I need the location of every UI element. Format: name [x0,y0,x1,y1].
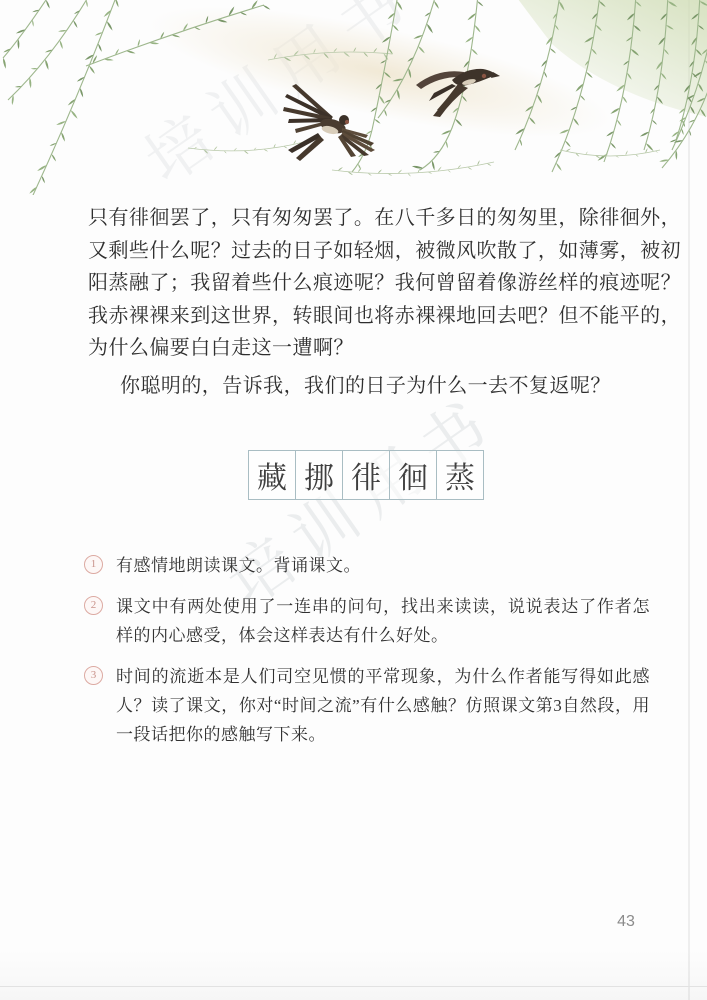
vocab-character: 挪 [304,453,334,497]
page-bottom-shade [0,950,707,1000]
exercise-item: 1 有感情地朗读课文。背诵课文。 [84,551,650,580]
vocab-character: 藏 [257,453,287,497]
vocab-character: 蒸 [445,453,475,497]
exercise-item: 3 时间的流逝本是人们司空见惯的平常现象，为什么作者能写得如此感人？读了课文，你… [84,662,650,749]
exercise-text: 课文中有两处使用了一连串的问句，找出来读读，说说表达了作者怎样的内心感受，体会这… [116,592,650,650]
exercise-text: 时间的流逝本是人们司空见惯的平常现象，为什么作者能写得如此感人？读了课文，你对“… [116,662,650,749]
exercise-number-badge: 1 [84,555,103,574]
exercise-number-badge: 2 [84,596,103,615]
vocab-character-cell: 徊 [389,451,436,499]
exercise-number-badge: 3 [84,666,103,685]
body-text-line: 只有徘徊罢了，只有匆匆罢了。在八千多日的匆匆里，除徘徊外， [88,202,644,235]
body-text-line: 又剩些什么呢？过去的日子如轻烟，被微风吹散了，如薄雾，被初 [88,235,644,268]
page-number: 43 [606,913,646,931]
vocab-character-cell: 挪 [295,451,342,499]
exercise-list: 1 有感情地朗读课文。背诵课文。 2 课文中有两处使用了一连串的问句，找出来读读… [84,551,650,761]
vocab-character-cell: 徘 [342,451,389,499]
vocab-characters-box: 藏 挪 徘 徊 蒸 [248,450,484,500]
body-text-line: 阳蒸融了；我留着些什么痕迹呢？我何曾留着像游丝样的痕迹呢？ [88,267,644,300]
vocab-character-cell: 藏 [249,451,295,499]
body-text-line: 我赤裸裸来到这世界，转眼间也将赤裸裸地回去吧？但不能平的， [88,300,644,333]
vocab-character-cell: 蒸 [436,451,483,499]
vocab-character: 徘 [351,453,381,497]
exercise-text: 有感情地朗读课文。背诵课文。 [116,551,650,580]
willow-swallows-illustration [0,0,707,195]
textbook-page: 培训用书 培训用书 [0,0,707,1000]
course-text-paragraph: 只有徘徊罢了，只有匆匆罢了。在八千多日的匆匆里，除徘徊外， 又剩些什么呢？过去的… [88,202,644,365]
body-text-line: 为什么偏要白白走这一遭啊？ [88,332,644,365]
vocab-character: 徊 [398,453,428,497]
body-text-line-indented: 你聪明的，告诉我，我们的日子为什么一去不复返呢？ [88,370,644,403]
exercise-item: 2 课文中有两处使用了一连串的问句，找出来读读，说说表达了作者怎样的内心感受，体… [84,592,650,650]
